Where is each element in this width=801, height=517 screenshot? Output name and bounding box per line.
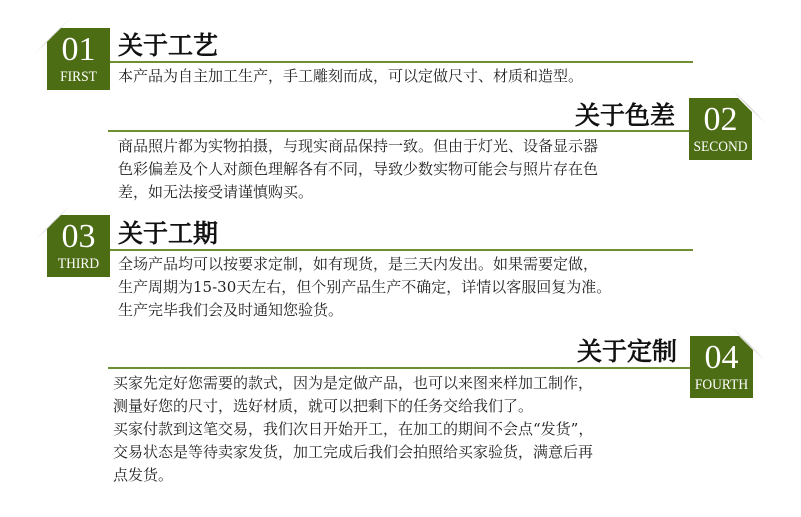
section-divider (108, 130, 689, 132)
section-title: 关于工期 (118, 219, 218, 249)
section-badge-02: 02 SECOND (689, 98, 752, 160)
section-badge-03: 03 THIRD (47, 215, 110, 277)
badge-word: FIRST (50, 68, 107, 86)
badge-number: 02 (689, 102, 752, 138)
section-title: 关于色差 (575, 101, 675, 131)
section-divider (110, 249, 693, 251)
section-divider (110, 61, 693, 63)
badge-word: THIRD (50, 255, 107, 273)
badge-word: FOURTH (693, 376, 750, 394)
section-body: 本产品为自主加工生产，手工雕刻而成，可以定做尺寸、材质和造型。 (118, 65, 583, 88)
section-title: 关于工艺 (118, 31, 218, 61)
section-body: 全场产品均可以按要求定制，如有现货，是三天内发出。如果需要定做， 生产周期为15… (118, 253, 611, 322)
badge-number: 01 (47, 32, 110, 68)
section-body: 商品照片都为实物拍摄，与现实商品保持一致。但由于灯光、设备显示器 色彩偏差及个人… (118, 135, 598, 204)
section-badge-04: 04 FOURTH (690, 336, 753, 398)
badge-number: 04 (690, 340, 753, 376)
badge-number: 03 (47, 219, 110, 255)
section-badge-01: 01 FIRST (47, 28, 110, 90)
section-title: 关于定制 (577, 337, 677, 367)
section-body: 买家先定好您需要的款式，因为是定做产品，也可以来图来样加工制作， 测量好您的尺寸… (113, 372, 593, 487)
section-divider (108, 367, 690, 369)
badge-word: SECOND (692, 138, 749, 156)
